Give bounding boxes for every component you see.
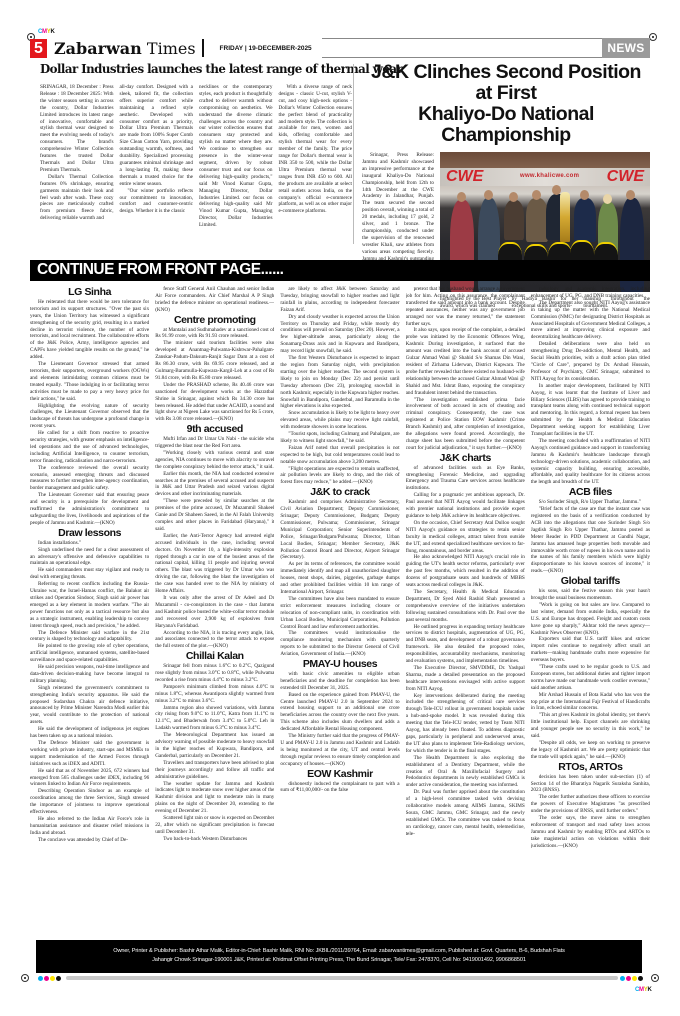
masthead-rule xyxy=(322,38,602,58)
paragraph: Detailed deliberations were also held on… xyxy=(531,341,650,382)
paragraph: with basic civic amenities to eligible u… xyxy=(280,671,399,692)
paragraph: He reiterated that there would be zero t… xyxy=(30,299,149,361)
paragraph: The Defence Minister said the government… xyxy=(30,740,149,768)
paragraph: SRINAGAR, 18 December : Press Release : … xyxy=(40,84,114,174)
paragraph: He said that as of November 2025, 672 wi… xyxy=(30,768,149,789)
paragraph: It also says, upon receipt of the compla… xyxy=(406,327,525,396)
paragraph: "Tourist spots, including Gulmarg and Pa… xyxy=(280,431,399,445)
section-badge: NEWS xyxy=(602,38,650,58)
paragraph: fence Staff General Anil Chauhan and sen… xyxy=(155,286,274,314)
story-subhead: J&K charts xyxy=(406,455,525,462)
paragraph: The committees would institutionalise th… xyxy=(280,630,399,658)
story-subhead: J&K to crack xyxy=(280,489,399,496)
paragraph: are likely to affect J&K between Saturda… xyxy=(280,286,399,314)
paragraph: Travellers and transporters have been ad… xyxy=(155,760,274,781)
paragraph: The Defence Minister said warfare in the… xyxy=(30,630,149,644)
black-swatch xyxy=(638,976,643,981)
person-figure xyxy=(504,200,524,240)
paragraph: "Brief facts of the case are that the in… xyxy=(531,506,650,575)
paragraph: He said commanders must stay vigilant an… xyxy=(30,567,149,581)
story-subhead: ACB files xyxy=(531,489,650,496)
continued-column-1: LG SinhaHe reiterated that there would b… xyxy=(30,286,149,932)
paragraph: Srinagar, Press Release: Jammu and Kashm… xyxy=(362,152,434,269)
trophy-icon xyxy=(560,192,570,242)
paragraph: He pointed to the growing role of cyber … xyxy=(30,643,149,664)
story-column: all-day comfort. Designed with a sleek, … xyxy=(120,84,194,229)
imprint-footer: Owner, Printer & Publisher: Bashir Athar… xyxy=(36,940,642,973)
paragraph: With a diverse range of neck designs - c… xyxy=(279,84,353,215)
color-bar-left xyxy=(38,975,62,981)
person-head xyxy=(484,190,493,200)
paragraph: He said the development of indigenous je… xyxy=(30,726,149,740)
paragraph: In another major development, facilitate… xyxy=(531,383,650,438)
paragraph: necklines or the contemporary styles, ea… xyxy=(199,84,273,229)
story-headline: Dollar Industries launches the latest ra… xyxy=(40,62,352,76)
story-dollar-industries: Dollar Industries launches the latest ra… xyxy=(40,62,352,229)
registration-mark-icon xyxy=(21,974,29,982)
continued-stories: LG SinhaHe reiterated that there would b… xyxy=(30,286,650,932)
paper-name-regular: Times xyxy=(142,39,196,58)
paragraph: Dollar's Thermal Collection features 0% … xyxy=(40,174,114,222)
registration-mark-icon xyxy=(651,974,659,982)
paragraph: The order further authorizes these offic… xyxy=(531,794,650,815)
story-subhead: LG Sinha xyxy=(30,289,149,296)
story-subhead: Global tariffs xyxy=(531,578,650,585)
continue-banner: CONTINUE FROM FRONT PAGE...... xyxy=(30,260,650,281)
story-subhead: EOW Kashmir xyxy=(280,771,399,778)
story-headline: J&K Clinches Second Position at FirstKha… xyxy=(362,62,650,146)
paragraph: Indian installations." xyxy=(30,540,149,547)
paragraph: It was only after the arrest of Dr Adeel… xyxy=(155,595,274,630)
paragraph: decision has been taken under sub-sectio… xyxy=(531,774,650,795)
story-column: necklines or the contemporary styles, ea… xyxy=(199,84,273,229)
paragraph: pretext that her husband would arrange a… xyxy=(406,286,525,327)
headline-line-1: J&K Clinches Second Position at First xyxy=(371,61,641,104)
paragraph: The weather update for Jammu and Kashmir… xyxy=(155,781,274,816)
paragraph: According to the NIA, it is tracing ever… xyxy=(155,630,274,651)
paragraph: Srinagar fell from minus 1.6°C to 0.2°C,… xyxy=(155,663,274,684)
paragraph: The Department also sought NITI Aayog's … xyxy=(531,300,650,341)
paragraph: all-day comfort. Designed with a sleek, … xyxy=(120,84,194,188)
paragraph: Highlighting the evolving nature of secu… xyxy=(30,403,149,431)
person-figure xyxy=(526,198,548,242)
magenta-swatch xyxy=(44,976,49,981)
paragraph: Dr. Paul was further apprised about the … xyxy=(406,789,525,837)
paragraph: The Lieutenant Governor said that ensuri… xyxy=(30,492,149,527)
black-swatch xyxy=(56,976,61,981)
masthead-divider xyxy=(202,39,204,57)
paragraph: The first Western Disturbance is expecte… xyxy=(280,355,399,410)
continued-column-5: radiology, and academic integration, inc… xyxy=(531,286,650,932)
paragraph: of advanced facilities such as Eye Banks… xyxy=(406,465,525,493)
story-column: With a diverse range of neck designs - c… xyxy=(279,84,353,229)
paragraph: The Executive Director, SMVDIME, Dr. Yas… xyxy=(406,665,525,693)
paragraph: The conclave was attended by Chief of De… xyxy=(30,837,149,844)
paragraph: at Mantalai and Sudhmahadev at a sanctio… xyxy=(155,327,274,341)
paragraph: He said precision weapons, real-time int… xyxy=(30,664,149,685)
paragraph: The order says, the move aims to strengt… xyxy=(531,815,650,850)
story-column: SRINAGAR, 18 December : Press Release : … xyxy=(40,84,114,229)
paragraph: "Despite all odds, we keep on working to… xyxy=(531,740,650,761)
continued-column-2: fence Staff General Anil Chauhan and sen… xyxy=(155,286,274,932)
paragraph: Mufti Irfan and Dr Umar Un Nabi - the su… xyxy=(155,436,274,450)
paragraph: Calling for a pragmatic yet ambitious ap… xyxy=(406,492,525,520)
story-columns: SRINAGAR, 18 December : Press Release : … xyxy=(40,84,352,229)
column-divider xyxy=(353,64,354,244)
paragraph: Earlier, the Anti-Terror Agency had arre… xyxy=(155,533,274,595)
imprint-line-1: Owner, Printer & Publisher: Bashir Athar… xyxy=(36,947,642,956)
paragraph: Earlier this month, the NIA had conducte… xyxy=(155,471,274,499)
paragraph: Dry and cloudy weather is expected acros… xyxy=(280,314,399,355)
masthead: 5 Zabarwan Times FRIDAY | 19-DECEMBER-20… xyxy=(30,38,650,58)
paragraph: Singh underlined the need for a clear as… xyxy=(30,547,149,568)
continue-banner-title: CONTINUE FROM FRONT PAGE...... xyxy=(37,261,284,279)
paper-name-bold: Zabarwan xyxy=(54,39,142,58)
story-subhead: Chillai Kalan xyxy=(155,653,274,660)
paragraph: dishonestly induced the complainant to p… xyxy=(280,781,399,795)
cwe-logo: CWE xyxy=(607,168,644,186)
story-subhead: 9th accused xyxy=(155,426,274,433)
paragraph: Mir Arshad Hussain of Bota Kadal who has… xyxy=(531,692,650,713)
paragraph: Snow accumulation is likely to be light … xyxy=(280,410,399,431)
paragraph: The Lieutenant Governor stressed that ar… xyxy=(30,361,149,402)
person-head xyxy=(457,192,466,202)
paragraph: Scattered light rain or snow is expected… xyxy=(155,815,274,836)
paragraph: Referring to recent conflicts including … xyxy=(30,581,149,629)
person-head xyxy=(509,192,518,202)
paragraph: Kashmir and comprises Administrative Sec… xyxy=(280,499,399,561)
cyan-swatch xyxy=(620,976,625,981)
gray-bar xyxy=(66,976,618,980)
person-head xyxy=(532,190,541,200)
paragraph: He called for a shift from reactive to p… xyxy=(30,430,149,465)
paragraph: The meeting concluded with a reaffirmati… xyxy=(531,438,650,486)
paragraph: "These were preceded by similar searches… xyxy=(155,498,274,533)
cmyk-label-top: CMYK xyxy=(38,29,55,35)
paragraph: Two back-to-back Western Disturbances xyxy=(155,836,274,843)
paragraph: his sons, said the festive season this y… xyxy=(531,588,650,602)
paragraph: "Our winter portfolio reflects our commi… xyxy=(120,188,194,216)
paragraph: "These crafts used to be regular goods t… xyxy=(531,664,650,692)
paragraph: "This art gives Kashmir its global ident… xyxy=(531,712,650,740)
paragraph: The conference reviewed the overall secu… xyxy=(30,465,149,493)
paragraph: Pampore's minimum climbed from minus 4.0… xyxy=(155,684,274,705)
paper-name: Zabarwan Times xyxy=(54,39,196,58)
banner-url: www.khalicwe.com xyxy=(520,173,579,179)
cyan-swatch xyxy=(38,976,43,981)
paragraph: The Health Department is also exploring … xyxy=(406,755,525,790)
person-figure xyxy=(574,198,596,242)
headline-line-2: Khaliyo-Do National Championship xyxy=(418,103,594,146)
paragraph: He also acknowledged NITI Aayog's crucia… xyxy=(406,554,525,589)
paragraph: Key interventions deliberated during the… xyxy=(406,693,525,755)
continued-column-4: pretext that her husband would arrange a… xyxy=(406,286,525,932)
yellow-swatch xyxy=(50,976,55,981)
paragraph: "Working closely with various central an… xyxy=(155,450,274,471)
cmyk-k: K xyxy=(647,987,651,993)
paragraph: radiology, and academic integration, inc… xyxy=(531,286,650,300)
color-bar-right xyxy=(620,975,644,981)
magenta-swatch xyxy=(626,976,631,981)
paragraph: The Ministry further said that the progr… xyxy=(280,733,399,768)
cwe-logo: CWE xyxy=(446,168,483,186)
person-head xyxy=(580,190,589,200)
person-head xyxy=(603,194,612,204)
paragraph: Singh reiterated the government's commit… xyxy=(30,685,149,726)
story-subhead: Centre promoting xyxy=(155,317,274,324)
story-subhead: Draw lessons xyxy=(30,530,149,537)
cmyk-label-bottom: CMYK xyxy=(635,987,652,993)
paragraph: Exporters said that U.S. tariff hikes an… xyxy=(531,636,650,664)
paragraph: "Work is going on but sales are low. Com… xyxy=(531,602,650,637)
person-head xyxy=(626,190,635,200)
paragraph: Under the PRASHAD scheme, Rs 40.46 crore… xyxy=(155,382,274,423)
story-subhead: RTOs, ARTOs xyxy=(531,764,650,771)
dateline: FRIDAY | 19-DECEMBER-2025 xyxy=(220,45,312,52)
story-subhead: PMAY-U houses xyxy=(280,661,399,668)
registration-mark-icon xyxy=(649,33,657,41)
paragraph: "The investigation established prima fac… xyxy=(406,397,525,452)
paragraph: Faizan Arif noted that overall precipita… xyxy=(280,445,399,466)
paragraph: He also referred to the Indian Air Force… xyxy=(30,816,149,837)
continued-column-3: are likely to affect J&K between Saturda… xyxy=(280,286,399,932)
paragraph: Jammu region also showed variations, wit… xyxy=(155,705,274,733)
paragraph: The committees have also been mandated t… xyxy=(280,596,399,631)
paragraph: He outlined progress in expanding tertia… xyxy=(406,624,525,665)
paragraph: "Flight operations are expected to remai… xyxy=(280,466,399,487)
yellow-swatch xyxy=(632,976,637,981)
paragraph: The Meteorological Department has issued… xyxy=(155,732,274,760)
imprint-line-2: Jahangir Chowk Srinagar-190001 J&K, Prin… xyxy=(36,956,642,965)
paragraph: Describing Operation Sindoor as an examp… xyxy=(30,788,149,816)
paragraph: Based on the experience gained from PMAY… xyxy=(280,692,399,733)
paragraph: The Secretary, Health & Medical Educatio… xyxy=(406,589,525,624)
cmyk-k: K xyxy=(50,29,54,35)
paragraph: As per its terms of references, the comm… xyxy=(280,561,399,596)
paragraph: The minister said tourism facilities wer… xyxy=(155,340,274,381)
page-number: 5 xyxy=(30,39,47,58)
paragraph: On the occasion, Chief Secretary Atal Du… xyxy=(406,520,525,555)
